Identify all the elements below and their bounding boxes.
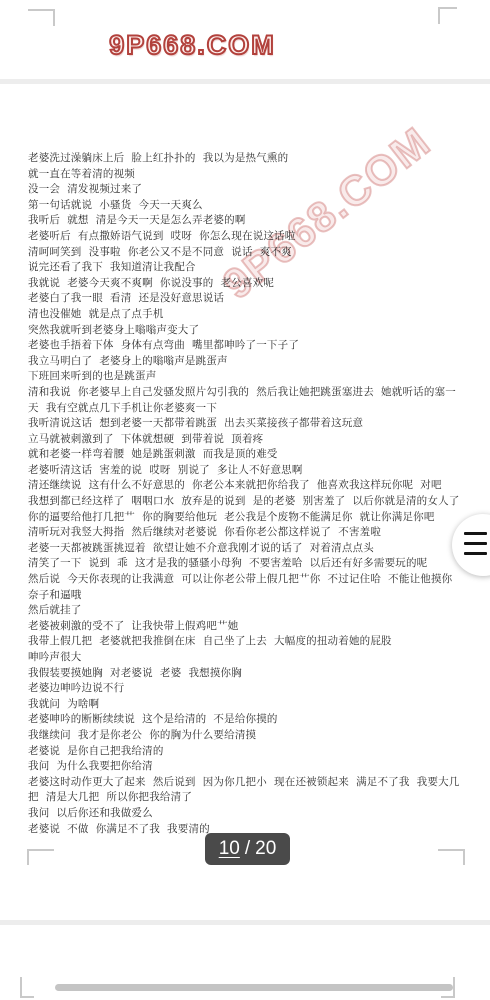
story-line: 清和我说 你老婆早上自己发骚发照片勾引我的 然后我让她把跳蛋塞进去 她就听话的塞…	[28, 385, 473, 401]
story-line: 天 我有空就点几下手机让你老婆爽一下	[28, 401, 473, 417]
story-line: 老婆边呻吟边说不行	[28, 681, 473, 697]
story-line: 就和老婆一样弯着腰 她是跳蛋刺激 而我是顶的难受	[28, 447, 473, 463]
crop-mark-bottom-right	[438, 849, 465, 865]
story-line: 我问 以后你还和我做爱么	[28, 806, 473, 822]
story-line: 我立马明白了 老婆身上的嗡嗡声是跳蛋声	[28, 354, 473, 370]
story-line: 老婆听清这话 害羞的说 哎呀 别说了 多让人不好意思啊	[28, 463, 473, 479]
story-line: 老婆白了我一眼 看清 还是没好意思说话	[28, 291, 473, 307]
story-line: 说完还看了我下 我知道清让我配合	[28, 260, 473, 276]
next-page-placeholder-bar	[55, 984, 453, 991]
section-divider-top	[0, 79, 490, 84]
hamburger-icon	[464, 552, 487, 555]
story-line: 老婆一天都被跳蛋挑逗着 欲望让她不介意我刚才说的话了 对着清点点头	[28, 541, 473, 557]
story-line: 老婆被刺激的受不了 让我快带上假鸡吧艹她	[28, 619, 473, 635]
story-line: 老婆这时动作更大了起来 然后说到 因为你几把小 现在还被锁起来 满足不了我 我要…	[28, 775, 473, 791]
site-brand: 9P668.COM	[60, 30, 325, 61]
crop-mark-next-page-right	[441, 977, 455, 998]
story-line: 立马就被刺激到了 下体就想硬 到带着说 顶着疼	[28, 432, 473, 448]
story-text: 老婆洗过澡躺床上后 脸上红扑扑的 我以为是热气熏的就一直在等着清的视频没一会 清…	[28, 151, 473, 837]
story-line: 下班回来听到的也是跳蛋声	[28, 369, 473, 385]
story-line: 我就说 老婆今天爽不爽啊 你说没事的 老公喜欢呢	[28, 276, 473, 292]
story-line: 然后就挂了	[28, 603, 473, 619]
story-line: 老婆呻吟的断断续续说 这个是给清的 不是给你摸的	[28, 712, 473, 728]
story-line: 呻吟声很大	[28, 650, 473, 666]
story-line: 老婆说 是你自己把我给清的	[28, 744, 473, 760]
story-line: 清听玩对我竖大拇指 然后继续对老婆说 你看你老公都这样说了 不害羞啦	[28, 525, 473, 541]
hamburger-icon	[464, 532, 487, 535]
story-line: 我问 为什么我要把你给清	[28, 759, 473, 775]
page-total: 20	[255, 838, 276, 860]
crop-mark-next-page-left	[20, 977, 34, 998]
story-line: 我听后 就想 清是今天一天是怎么弄老婆的啊	[28, 213, 473, 229]
story-line: 清呵呵笑到 没事啦 你老公又不是不同意 说话 爽不爽	[28, 245, 473, 261]
story-line: 然后说 今天你表现的让我满意 可以让你老公带上假几把艹你 不过记住哈 不能让他摸…	[28, 572, 473, 588]
story-line: 清也没催她 就是点了点手机	[28, 307, 473, 323]
story-line: 奈子和逼哦	[28, 588, 473, 604]
hamburger-icon	[464, 542, 487, 545]
story-line: 我听清说这话 想到老婆一天都带着跳蛋 出去买菜接孩子都带着这玩意	[28, 416, 473, 432]
reader-screen: 9P668.COM 9P668.COM 老婆洗过澡躺床上后 脸上红扑扑的 我以为…	[0, 0, 490, 1000]
crop-mark-top-right	[438, 7, 457, 24]
story-line: 我继续问 我才是你老公 你的胸为什么要给清摸	[28, 728, 473, 744]
crop-mark-bottom-left	[27, 849, 54, 865]
story-line: 第一句话就说 小骚货 今天一天爽么	[28, 198, 473, 214]
story-line: 老婆洗过澡躺床上后 脸上红扑扑的 我以为是热气熏的	[28, 151, 473, 167]
story-line: 清还继续说 这有什么不好意思的 你老公本来就把你给我了 他喜欢我这样玩你呢 对吧	[28, 478, 473, 494]
crop-mark-top-left	[28, 9, 55, 26]
page-indicator[interactable]: 10 / 20	[205, 833, 290, 865]
story-line: 我带上假几把 老婆就把我推倒在床 自己坐了上去 大幅度的扭动着她的屁股	[28, 634, 473, 650]
section-divider-bottom	[0, 920, 490, 925]
story-line: 我想到都已经这样了 咽咽口水 放弃是的说到 是的老婆 别害羞了 以后你就是清的女…	[28, 494, 473, 510]
story-line: 我就问 为啥啊	[28, 697, 473, 713]
story-line: 你的逼要给他打几把艹 你的胸要给他玩 老公我是个废物不能满足你 就让你满足你吧	[28, 510, 473, 526]
story-line: 就一直在等着清的视频	[28, 167, 473, 183]
story-line: 把 清是大几把 所以你把我给清了	[28, 790, 473, 806]
page-number-input[interactable]: 10	[219, 838, 240, 860]
story-line: 老婆也手捂着下体 身体有点弯曲 嘴里都呻吟了一下子了	[28, 338, 473, 354]
story-line: 我假装要摸她胸 对老婆说 老婆 我想摸你胸	[28, 666, 473, 682]
story-line: 老婆听后 有点撒娇语气说到 哎呀 你怎么现在说这话啦	[28, 229, 473, 245]
story-line: 突然我就听到老婆身上嗡嗡声变大了	[28, 323, 473, 339]
page-separator: /	[245, 838, 250, 860]
story-line: 清笑了一下 说到 乖 这才是我的骚骚小母狗 不要害羞哈 以后还有好多需要玩的呢	[28, 556, 473, 572]
story-line: 没一会 清发视频过来了	[28, 182, 473, 198]
